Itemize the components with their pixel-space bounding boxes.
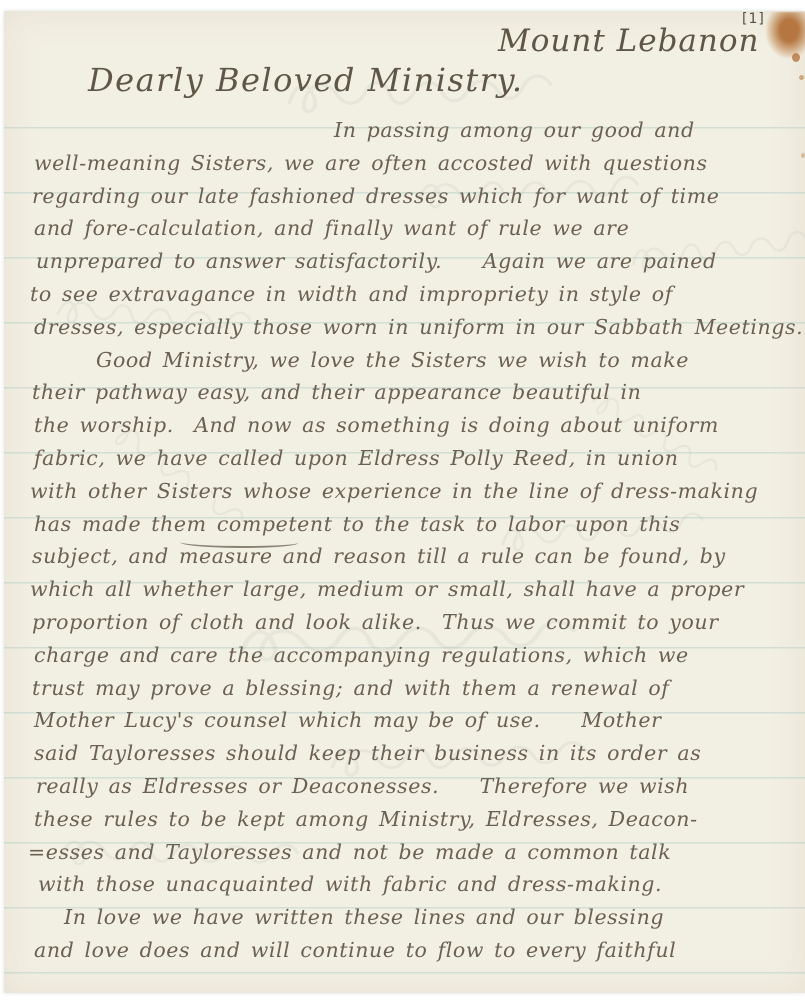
handwritten-line: has made them competent to the task to l… <box>4 508 805 541</box>
handwritten-line: proportion of cloth and look alike. Thus… <box>4 606 805 639</box>
rust-speckle <box>799 75 804 80</box>
handwritten-line: trust may prove a blessing; and with the… <box>4 672 805 705</box>
handwritten-line: well-meaning Sisters, we are often accos… <box>4 147 805 180</box>
handwritten-line: Mother Lucy's counsel which may be of us… <box>4 704 805 737</box>
handwritten-line: fabric, we have called upon Eldress Poll… <box>4 442 805 475</box>
scanned-letter-page: { "document": { "page_marker": "[1]", "d… <box>0 0 805 1000</box>
dateline-place: Mount Lebanon <box>498 23 760 59</box>
handwritten-line: their pathway easy, and their appearance… <box>4 376 805 409</box>
handwritten-line: said Tayloresses should keep their busin… <box>4 737 805 770</box>
handwritten-line: with those unacquainted with fabric and … <box>4 868 805 901</box>
handwritten-line: with other Sisters whose experience in t… <box>4 475 805 508</box>
salutation: Dearly Beloved Ministry. <box>88 61 524 99</box>
rust-speckle <box>792 53 800 62</box>
handwritten-line: really as Eldresses or Deaconesses. Ther… <box>4 770 805 803</box>
handwritten-line: these rules to be kept among Ministry, E… <box>4 803 805 836</box>
handwritten-line: unprepared to answer satisfactorily. Aga… <box>4 245 805 278</box>
handwritten-line: In love we have written these lines and … <box>4 901 805 934</box>
handwritten-line: Good Ministry, we love the Sisters we wi… <box>4 344 805 377</box>
letter-paper: [1] Mount Lebanon Dearly Beloved Ministr… <box>4 11 805 993</box>
body-lines: In passing among our good andwell-meanin… <box>4 114 805 967</box>
handwritten-line: In passing among our good and <box>4 114 805 147</box>
handwritten-line: the worship. And now as something is doi… <box>4 409 805 442</box>
handwritten-line: =esses and Tayloresses and not be made a… <box>4 836 805 869</box>
handwritten-line: subject, and measure and reason till a r… <box>4 540 805 573</box>
handwritten-line: and love does and will continue to flow … <box>4 934 805 967</box>
handwritten-line: dresses, especially those worn in unifor… <box>4 311 805 344</box>
handwritten-line: regarding our late fashioned dresses whi… <box>4 180 805 213</box>
handwritten-line: charge and care the accompanying regulat… <box>4 639 805 672</box>
rust-stain <box>766 12 805 58</box>
handwritten-line: and fore-calculation, and finally want o… <box>4 212 805 245</box>
handwritten-line: to see extravagance in width and impropr… <box>4 278 805 311</box>
handwritten-line: which all whether large, medium or small… <box>4 573 805 606</box>
